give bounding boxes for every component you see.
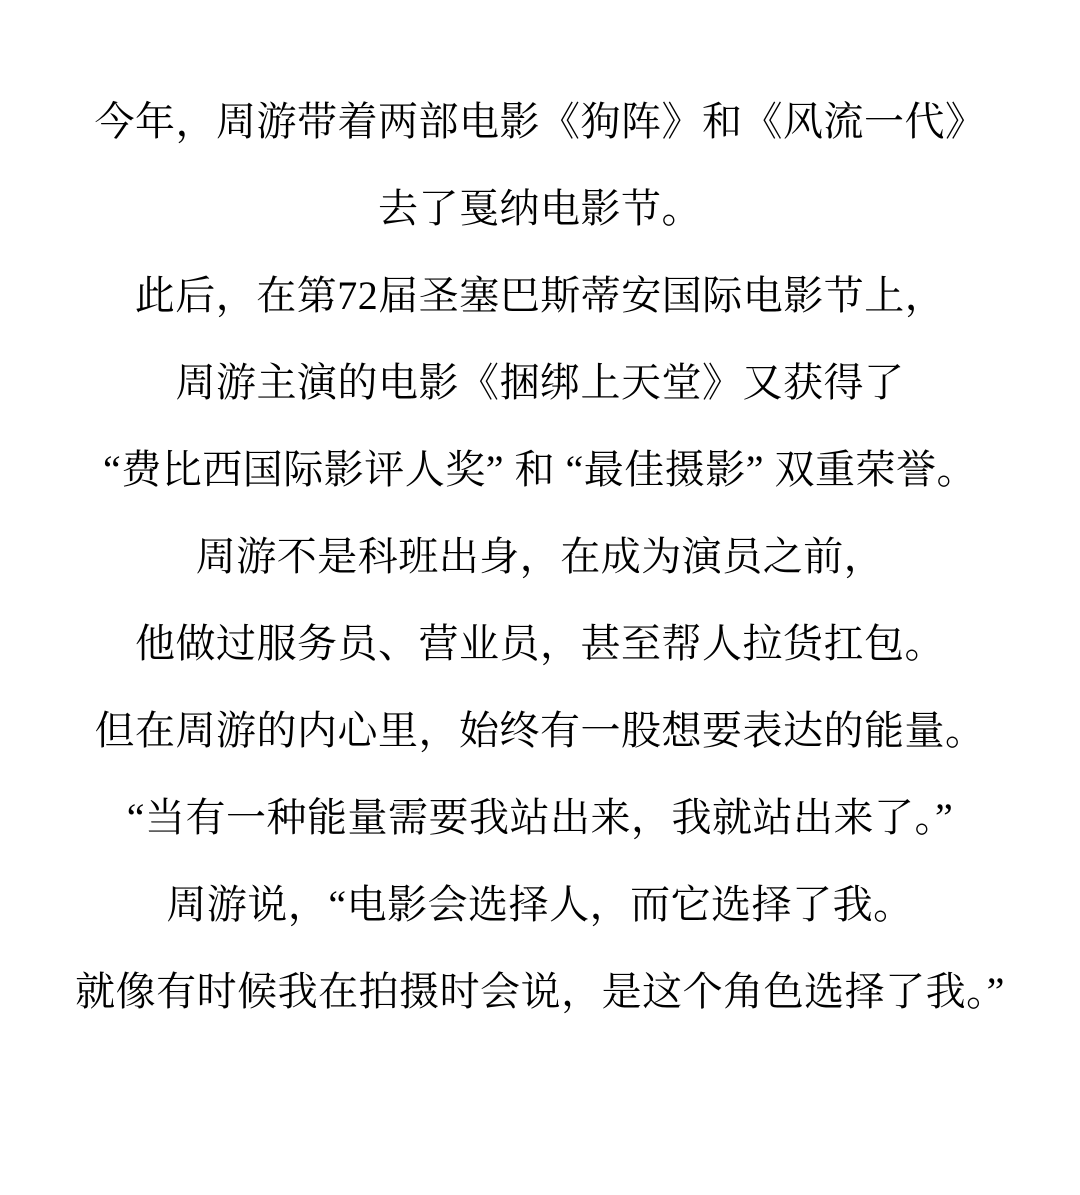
article-text-block: 今年，周游带着两部电影《狗阵》和《风流一代》 去了戛纳电影节。 此后，在第72届…: [0, 78, 1080, 1035]
text-line: 但在周游的内心里，始终有一股想要表达的能量。: [0, 687, 1080, 774]
text-line: 周游主演的电影《捆绑上天堂》又获得了: [0, 339, 1080, 426]
text-line: 去了戛纳电影节。: [0, 165, 1080, 252]
document-page: 今年，周游带着两部电影《狗阵》和《风流一代》 去了戛纳电影节。 此后，在第72届…: [0, 0, 1080, 1195]
text-line: 周游不是科班出身，在成为演员之前，: [0, 513, 1080, 600]
text-line: “费比西国际影评人奖” 和 “最佳摄影” 双重荣誉。: [0, 426, 1080, 513]
text-line: 今年，周游带着两部电影《狗阵》和《风流一代》: [0, 78, 1080, 165]
text-line: 此后，在第72届圣塞巴斯蒂安国际电影节上，: [0, 252, 1080, 339]
text-line: “当有一种能量需要我站出来，我就站出来了。”: [0, 774, 1080, 861]
text-line: 他做过服务员、营业员，甚至帮人拉货扛包。: [0, 600, 1080, 687]
text-line: 就像有时候我在拍摄时会说，是这个角色选择了我。”: [0, 948, 1080, 1035]
text-line: 周游说，“电影会选择人，而它选择了我。: [0, 861, 1080, 948]
